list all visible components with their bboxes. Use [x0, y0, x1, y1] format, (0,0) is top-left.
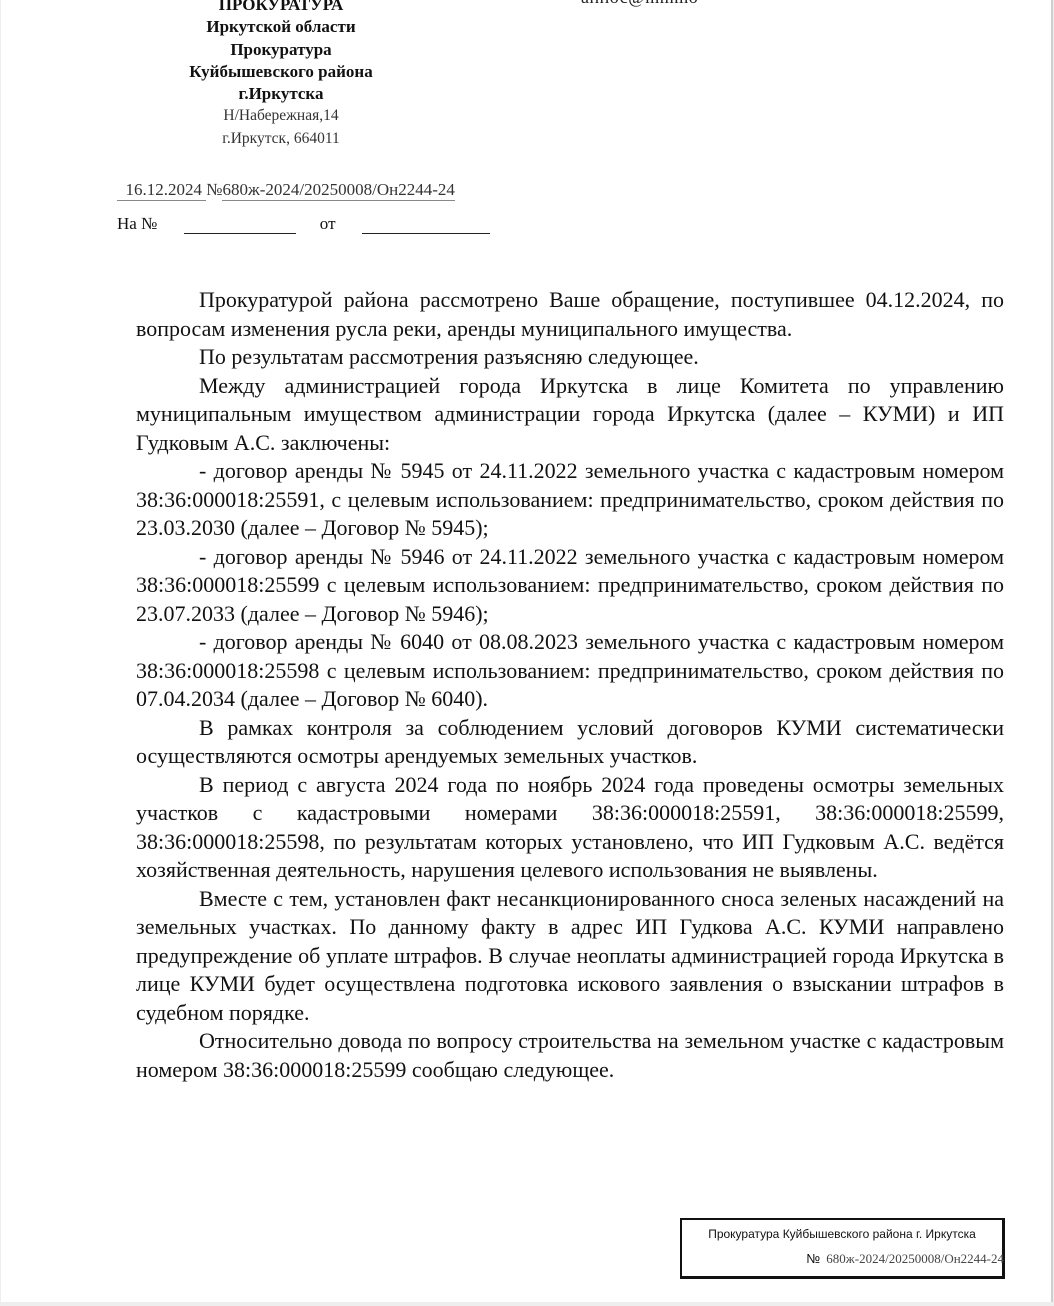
paragraph: В рамках контроля за соблюдением условий…	[136, 714, 1004, 771]
paragraph: В период с августа 2024 года по ноябрь 2…	[136, 771, 1004, 885]
na-label: На №	[117, 214, 157, 233]
registration-number: 680ж-2024/20250008/Он2244-24	[222, 180, 454, 201]
letterhead-line: Куйбышевского района	[141, 61, 421, 83]
letterhead: ПРОКУРАТУРА Иркутской области Прокуратур…	[141, 0, 421, 150]
stamp-number-sign: №	[806, 1251, 820, 1266]
paragraph: - договор аренды № 5946 от 24.11.2022 зе…	[136, 543, 1004, 629]
letterhead-line: г.Иркутска	[141, 83, 421, 105]
number-sign: №	[206, 180, 222, 199]
reference-date-blank	[362, 215, 490, 234]
letterhead-line: Прокуратура	[141, 39, 421, 61]
top-cut-text: аннос@mmmo	[581, 0, 698, 8]
stamp-number: №680ж-2024/20250008/Он2244-24	[806, 1251, 1004, 1267]
registration-date: 16.12.2024	[117, 180, 206, 201]
paragraph: Вместе с тем, установлен факт несанкцион…	[136, 885, 1004, 1028]
letterhead-line: Иркутской области	[141, 16, 421, 38]
address-line: г.Иркутск, 664011	[141, 128, 421, 150]
paragraph: Между администрацией города Иркутска в л…	[136, 372, 1004, 458]
paragraph: Прокуратурой района рассмотрено Ваше обр…	[136, 286, 1004, 343]
document-page: аннос@mmmo ПРОКУРАТУРА Иркутской области…	[1, 0, 1053, 1302]
stamp-number-value: 680ж-2024/20250008/Он2244-24	[826, 1251, 1004, 1266]
ot-label: от	[320, 214, 336, 233]
letterhead-line: ПРОКУРАТУРА	[141, 0, 421, 16]
paragraph: - договор аренды № 6040 от 08.08.2023 зе…	[136, 628, 1004, 714]
reference-line: На № от	[117, 214, 490, 234]
paragraph: Относительно довода по вопросу строитель…	[136, 1027, 1004, 1084]
paragraph: - договор аренды № 5945 от 24.11.2022 зе…	[136, 457, 1004, 543]
letter-body: Прокуратурой района рассмотрено Ваше обр…	[136, 286, 1004, 1084]
paragraph: По результатам рассмотрения разъясняю сл…	[136, 343, 1004, 372]
reference-number-blank	[184, 215, 296, 234]
registration-line: 16.12.2024 №680ж-2024/20250008/Он2244-24	[117, 180, 455, 200]
stamp-organization: Прокуратура Куйбышевского района г. Ирку…	[682, 1227, 1002, 1241]
address-line: Н/Набережная,14	[141, 105, 421, 127]
registration-stamp: Прокуратура Куйбышевского района г. Ирку…	[680, 1218, 1005, 1279]
